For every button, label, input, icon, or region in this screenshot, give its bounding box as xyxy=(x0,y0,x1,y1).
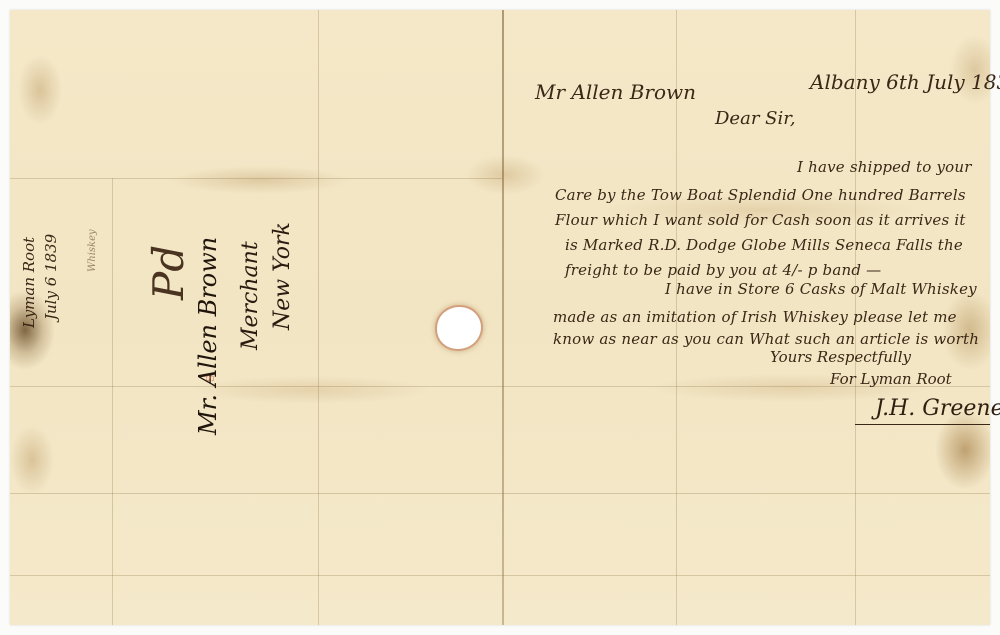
letter-sheet: Lyman Root July 6 1839 Whiskey Pd Mr. Al… xyxy=(10,10,990,625)
letter-body-line: Flour which I want sold for Cash soon as… xyxy=(555,213,966,228)
letter-closing: Yours Respectfully xyxy=(770,350,911,365)
fold-line xyxy=(318,10,319,625)
postal-mark: S xyxy=(205,374,216,382)
letter-body-line: know as near as you can What such an art… xyxy=(553,332,979,347)
signature-underline xyxy=(855,424,990,425)
letter-body-line: I have in Store 6 Casks of Malt Whiskey xyxy=(665,282,977,297)
address-recipient: Mr. Allen Brown xyxy=(196,237,220,435)
letter-signature: J.H. Greene xyxy=(875,398,1000,420)
letter-recipient: Mr Allen Brown xyxy=(535,82,696,102)
docket-date: July 6 1839 xyxy=(44,234,59,320)
paid-monogram: Pd xyxy=(148,245,190,300)
fold-line xyxy=(10,575,990,576)
letter-body-line: freight to be paid by you at 4/- p band … xyxy=(565,263,881,278)
letter-for-line: For Lyman Root xyxy=(830,372,952,387)
letter-body-line: is Marked R.D. Dodge Globe Mills Seneca … xyxy=(565,238,963,253)
docket-note: Whiskey xyxy=(88,229,98,272)
docket-sender: Lyman Root xyxy=(22,237,37,328)
fold-line xyxy=(10,178,502,179)
address-city: New York xyxy=(272,222,294,330)
letter-salutation: Dear Sir, xyxy=(715,110,796,128)
address-occupation: Merchant xyxy=(240,241,262,350)
letter-body-line: made as an imitation of Irish Whiskey pl… xyxy=(553,310,957,325)
fold-line xyxy=(10,493,990,494)
letter-body-line: Care by the Tow Boat Splendid One hundre… xyxy=(555,188,966,203)
letter-body-line: I have shipped to your xyxy=(797,160,972,175)
fold-line xyxy=(112,178,113,625)
seal-hole xyxy=(437,307,481,349)
letter-place-date: Albany 6th July 1839 xyxy=(810,72,1000,92)
center-fold xyxy=(502,10,504,625)
